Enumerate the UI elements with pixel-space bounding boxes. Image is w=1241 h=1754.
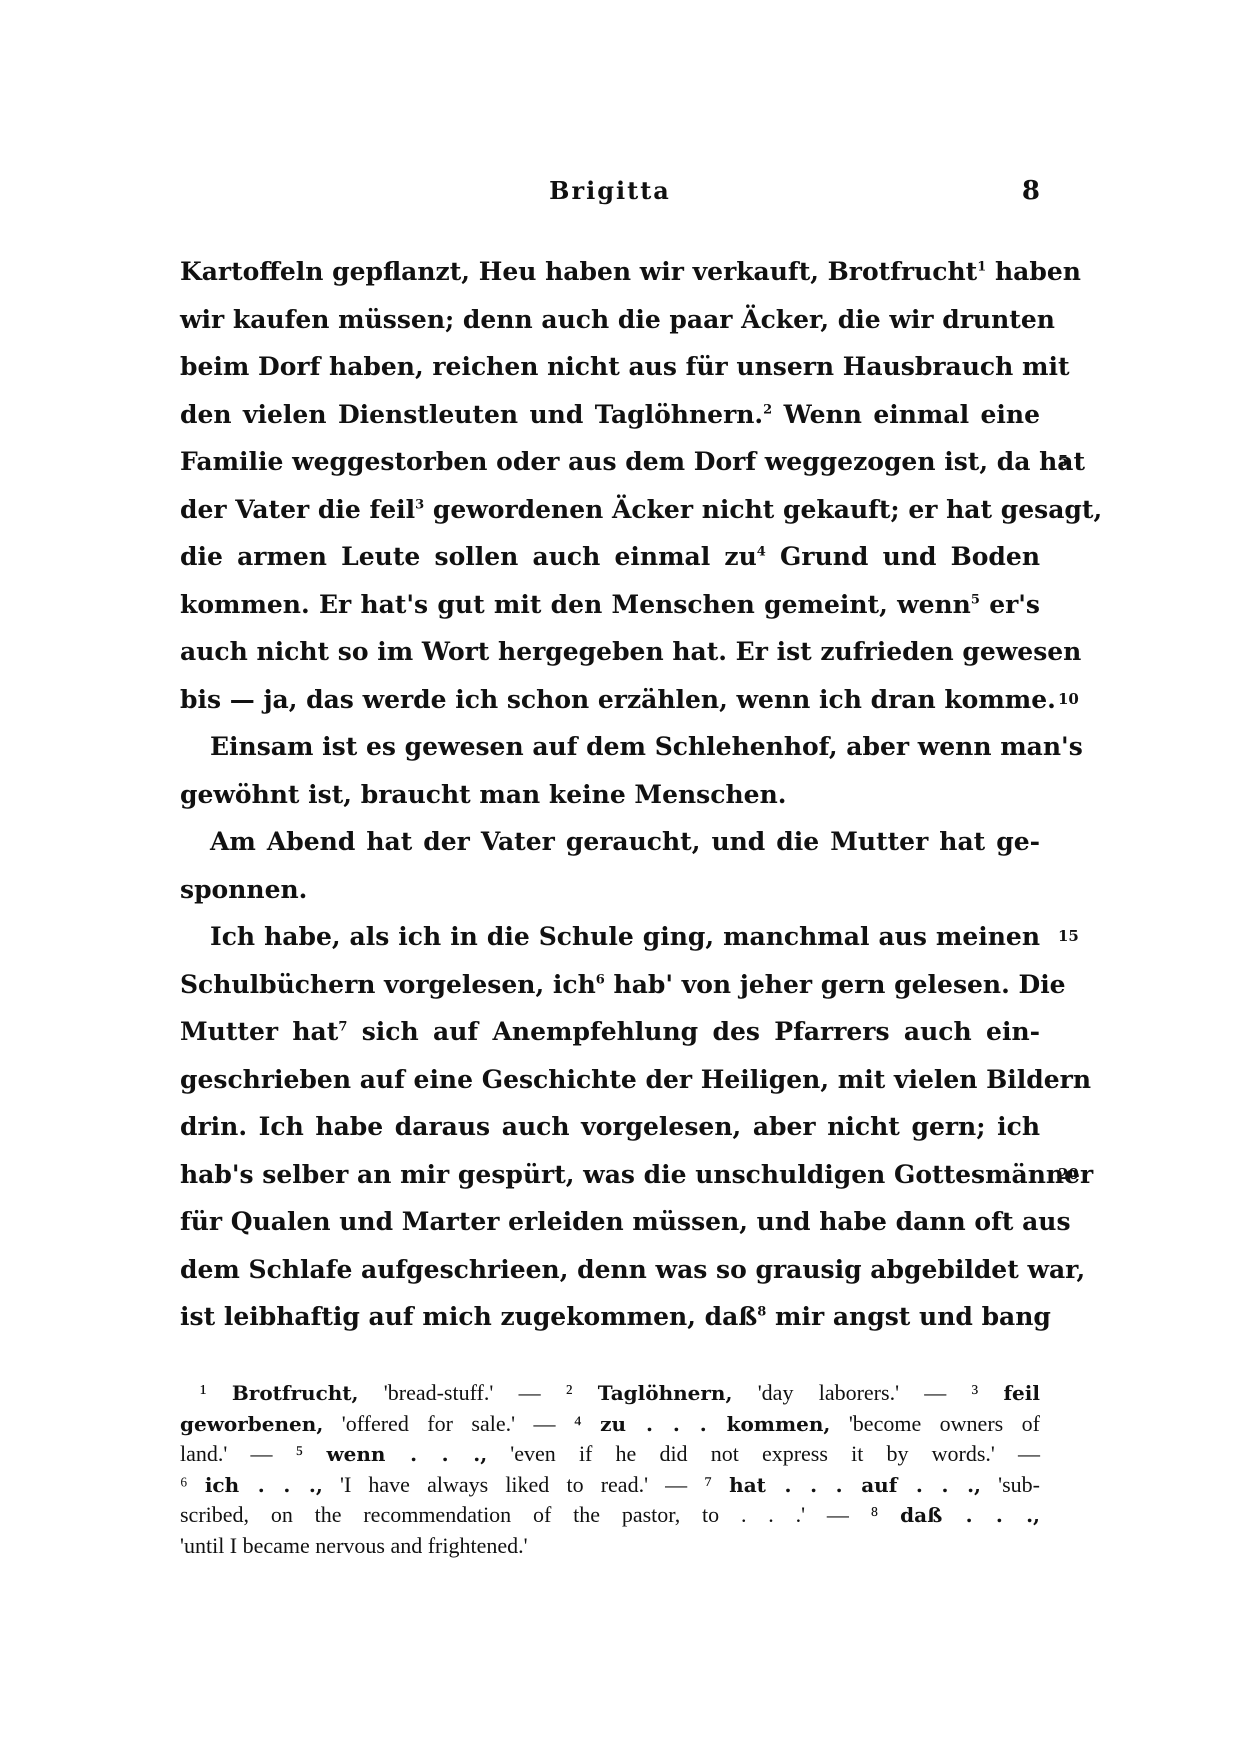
footnote-term: zu . . . kommen, bbox=[600, 1412, 830, 1436]
footnote-gloss: 'I have always liked to read.' — ⁷ bbox=[323, 1472, 729, 1497]
line-text: auch nicht so im Wort hergegeben hat. Er… bbox=[180, 637, 1081, 666]
text-line: Einsam ist es gewesen auf dem Schlehenho… bbox=[180, 723, 1040, 771]
line-text-tail: haben bbox=[986, 257, 1081, 286]
footnote-term: feil bbox=[1003, 1381, 1040, 1405]
footnote-term: wenn . . ., bbox=[326, 1442, 487, 1466]
footnote-gloss: 'offered for sale.' — ⁴ bbox=[323, 1411, 600, 1436]
line-text: sponnen. bbox=[180, 875, 307, 904]
line-text: Mutter hat bbox=[180, 1017, 338, 1046]
line-text-tail: Grund und Boden bbox=[766, 542, 1040, 571]
footnote-gloss: 'day laborers.' — ³ bbox=[732, 1380, 1003, 1405]
footnote-marker: 5 bbox=[971, 592, 980, 607]
line-text-tail: Wenn einmal eine bbox=[772, 400, 1040, 429]
line-text: dem Schlafe aufgeschrieen, denn was so g… bbox=[180, 1255, 1085, 1284]
line-text: Schulbüchern vorgelesen, ich bbox=[180, 970, 596, 999]
footnote-marker: 3 bbox=[415, 497, 424, 512]
line-text: Familie weggestorben oder aus dem Dorf w… bbox=[180, 447, 1085, 476]
footnote-gloss: ⁶ bbox=[180, 1472, 205, 1497]
footnote-marker: 1 bbox=[977, 260, 986, 275]
footnote-marker: 6 bbox=[596, 972, 605, 987]
line-text: kommen. Er hat's gut mit den Menschen ge… bbox=[180, 590, 971, 619]
footnote-line: ⁶ ich . . ., 'I have always liked to rea… bbox=[180, 1470, 1040, 1501]
text-line: bis — ja, das werde ich schon erzählen, … bbox=[180, 676, 1040, 724]
text-line: die armen Leute sollen auch einmal zu4 G… bbox=[180, 533, 1040, 581]
text-line: hab's selber an mir gespürt, was die uns… bbox=[180, 1151, 1040, 1199]
body-text: Kartoffeln gepflanzt, Heu haben wir verk… bbox=[180, 248, 1040, 1341]
footnote-gloss: ¹ bbox=[200, 1380, 232, 1405]
text-line: kommen. Er hat's gut mit den Menschen ge… bbox=[180, 581, 1040, 629]
footnote-line: geworbenen, 'offered for sale.' — ⁴ zu .… bbox=[180, 1409, 1040, 1440]
text-line: gewöhnt ist, braucht man keine Menschen. bbox=[180, 771, 1040, 819]
text-line: den vielen Dienstleuten und Taglöhnern.2… bbox=[180, 391, 1040, 439]
footnote-marker: 2 bbox=[763, 402, 772, 417]
line-text: Kartoffeln gepflanzt, Heu haben wir verk… bbox=[180, 257, 977, 286]
line-text: wir kaufen müssen; denn auch die paar Äc… bbox=[180, 305, 1055, 334]
line-text: Ich habe, als ich in die Schule ging, ma… bbox=[210, 922, 1040, 951]
page-number: 8 bbox=[1022, 176, 1040, 206]
footnote-term: Taglöhnern, bbox=[598, 1381, 733, 1405]
footnote-marker: 4 bbox=[757, 545, 766, 560]
footnote-term: hat . . . auf . . ., bbox=[729, 1473, 981, 1497]
footnote-term: daß . . ., bbox=[900, 1503, 1040, 1527]
line-text: den vielen Dienstleuten und Taglöhnern. bbox=[180, 400, 763, 429]
footnote-line: land.' — ⁵ wenn . . ., 'even if he did n… bbox=[180, 1439, 1040, 1470]
line-text: gewöhnt ist, braucht man keine Menschen. bbox=[180, 780, 786, 809]
running-head: Brigitta 8 bbox=[180, 176, 1040, 216]
footnotes: ¹ Brotfrucht, 'bread-stuff.' — ² Taglöhn… bbox=[180, 1378, 1040, 1561]
footnote-gloss: 'until I became nervous and frightened.' bbox=[180, 1533, 528, 1558]
footnote-gloss: land.' — ⁵ bbox=[180, 1441, 326, 1466]
line-text-tail: gewordenen Äcker nicht gekauft; er hat g… bbox=[424, 495, 1102, 524]
text-line: auch nicht so im Wort hergegeben hat. Er… bbox=[180, 628, 1040, 676]
line-text: Am Abend hat der Vater geraucht, und die… bbox=[210, 827, 1040, 856]
margin-line-number: 10 bbox=[1058, 676, 1079, 724]
text-line: beim Dorf haben, reichen nicht aus für u… bbox=[180, 343, 1040, 391]
line-text: hab's selber an mir gespürt, was die uns… bbox=[180, 1160, 1093, 1189]
text-line: dem Schlafe aufgeschrieen, denn was so g… bbox=[180, 1246, 1040, 1294]
margin-line-number: 20 bbox=[1058, 1151, 1079, 1199]
margin-line-number: 15 bbox=[1058, 913, 1079, 961]
footnote-line: ¹ Brotfrucht, 'bread-stuff.' — ² Taglöhn… bbox=[180, 1378, 1040, 1409]
footnote-marker: 8 bbox=[757, 1305, 766, 1320]
footnote-gloss: 'sub- bbox=[981, 1472, 1040, 1497]
text-line: für Qualen und Marter erleiden müssen, u… bbox=[180, 1198, 1040, 1246]
footnote-marker: 7 bbox=[338, 1020, 347, 1035]
line-text-tail: mir angst und bang bbox=[766, 1302, 1051, 1331]
line-text: geschrieben auf eine Geschichte der Heil… bbox=[180, 1065, 1091, 1094]
line-text: der Vater die feil bbox=[180, 495, 415, 524]
line-text: Einsam ist es gewesen auf dem Schlehenho… bbox=[210, 732, 1083, 761]
text-line: Am Abend hat der Vater geraucht, und die… bbox=[180, 818, 1040, 866]
footnote-term: ich . . ., bbox=[205, 1473, 323, 1497]
text-line: ist leibhaftig auf mich zugekommen, daß8… bbox=[180, 1293, 1040, 1341]
text-line: Kartoffeln gepflanzt, Heu haben wir verk… bbox=[180, 248, 1040, 296]
footnote-gloss: 'even if he did not express it by words.… bbox=[487, 1441, 1040, 1466]
text-line: wir kaufen müssen; denn auch die paar Äc… bbox=[180, 296, 1040, 344]
text-line: geschrieben auf eine Geschichte der Heil… bbox=[180, 1056, 1040, 1104]
line-text: für Qualen und Marter erleiden müssen, u… bbox=[180, 1207, 1071, 1236]
text-line: sponnen. bbox=[180, 866, 1040, 914]
line-text: ist leibhaftig auf mich zugekommen, daß bbox=[180, 1302, 757, 1331]
line-text: bis — ja, das werde ich schon erzählen, … bbox=[180, 685, 1056, 714]
line-text-tail: hab' von jeher gern gelesen. Die bbox=[605, 970, 1066, 999]
line-text-tail: er's bbox=[980, 590, 1040, 619]
footnote-term: geworbenen, bbox=[180, 1412, 323, 1436]
footnote-gloss: scribed, on the recommendation of the pa… bbox=[180, 1502, 900, 1527]
line-text: die armen Leute sollen auch einmal zu bbox=[180, 542, 757, 571]
text-line: Mutter hat7 sich auf Anempfehlung des Pf… bbox=[180, 1008, 1040, 1056]
footnote-line: 'until I became nervous and frightened.' bbox=[180, 1531, 1040, 1562]
footnote-line: scribed, on the recommendation of the pa… bbox=[180, 1500, 1040, 1531]
text-line: drin. Ich habe daraus auch vorgelesen, a… bbox=[180, 1103, 1040, 1151]
line-text-tail: sich auf Anempfehlung des Pfarrers auch … bbox=[347, 1017, 1040, 1046]
text-line: Familie weggestorben oder aus dem Dorf w… bbox=[180, 438, 1040, 486]
footnote-gloss: 'bread-stuff.' — ² bbox=[359, 1380, 598, 1405]
running-title: Brigitta bbox=[180, 176, 1040, 205]
line-text: drin. Ich habe daraus auch vorgelesen, a… bbox=[180, 1112, 1040, 1141]
margin-line-number: 5 bbox=[1058, 438, 1068, 486]
footnote-gloss: 'become owners of bbox=[830, 1411, 1040, 1436]
footnote-term: Brotfrucht, bbox=[232, 1381, 359, 1405]
text-line: Ich habe, als ich in die Schule ging, ma… bbox=[180, 913, 1040, 961]
text-line: Schulbüchern vorgelesen, ich6 hab' von j… bbox=[180, 961, 1040, 1009]
text-line: der Vater die feil3 gewordenen Äcker nic… bbox=[180, 486, 1040, 534]
line-text: beim Dorf haben, reichen nicht aus für u… bbox=[180, 352, 1070, 381]
book-page: Brigitta 8 Kartoffeln gepflanzt, Heu hab… bbox=[0, 0, 1241, 1754]
